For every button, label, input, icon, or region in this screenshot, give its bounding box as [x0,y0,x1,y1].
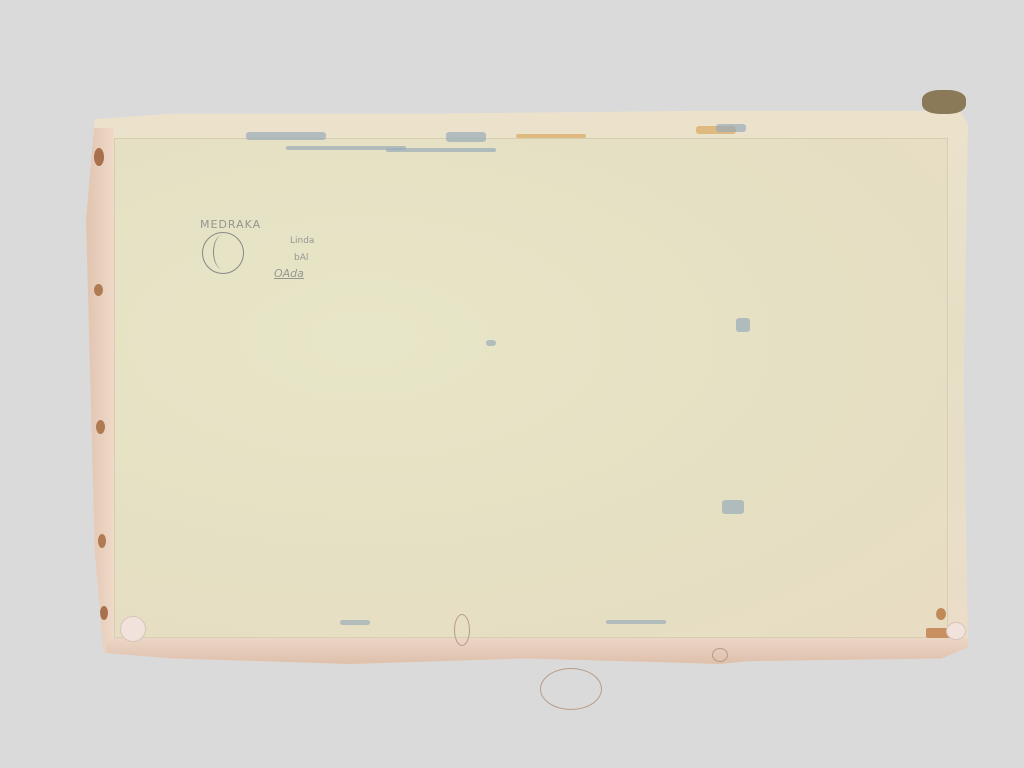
canvas-back [86,108,968,664]
inscription-line-3: bAl [294,253,308,263]
loose-thread-loop [712,648,728,662]
stain [98,534,106,548]
loose-thread [454,614,470,646]
stain [100,606,108,620]
pushpin-bottom-right [946,622,966,640]
pushpin-bottom-left [120,616,146,642]
stain [94,148,104,166]
signature: OAda [274,267,304,280]
paint-spot [722,500,744,514]
inscription-line-1: MEDRAKA [200,218,261,231]
stain [94,284,103,296]
paint-residue [716,124,746,132]
paint-residue [446,132,486,142]
paint-residue [246,132,326,140]
paint-residue [606,620,666,624]
paint-residue [386,148,496,152]
canvas-inner-surface [114,138,948,638]
inscription-line-2: Linda [290,236,314,246]
stain [96,420,105,434]
paint-spot [736,318,750,332]
paint-residue [340,620,370,625]
canvas-left-edge [86,128,114,654]
yin-yang-icon [202,232,244,274]
corner-debris [922,90,966,114]
stain [936,608,946,620]
hanging-thread [540,668,602,710]
paint-spot [486,340,496,346]
paint-residue [516,134,586,138]
canvas-bottom-edge [106,638,968,664]
